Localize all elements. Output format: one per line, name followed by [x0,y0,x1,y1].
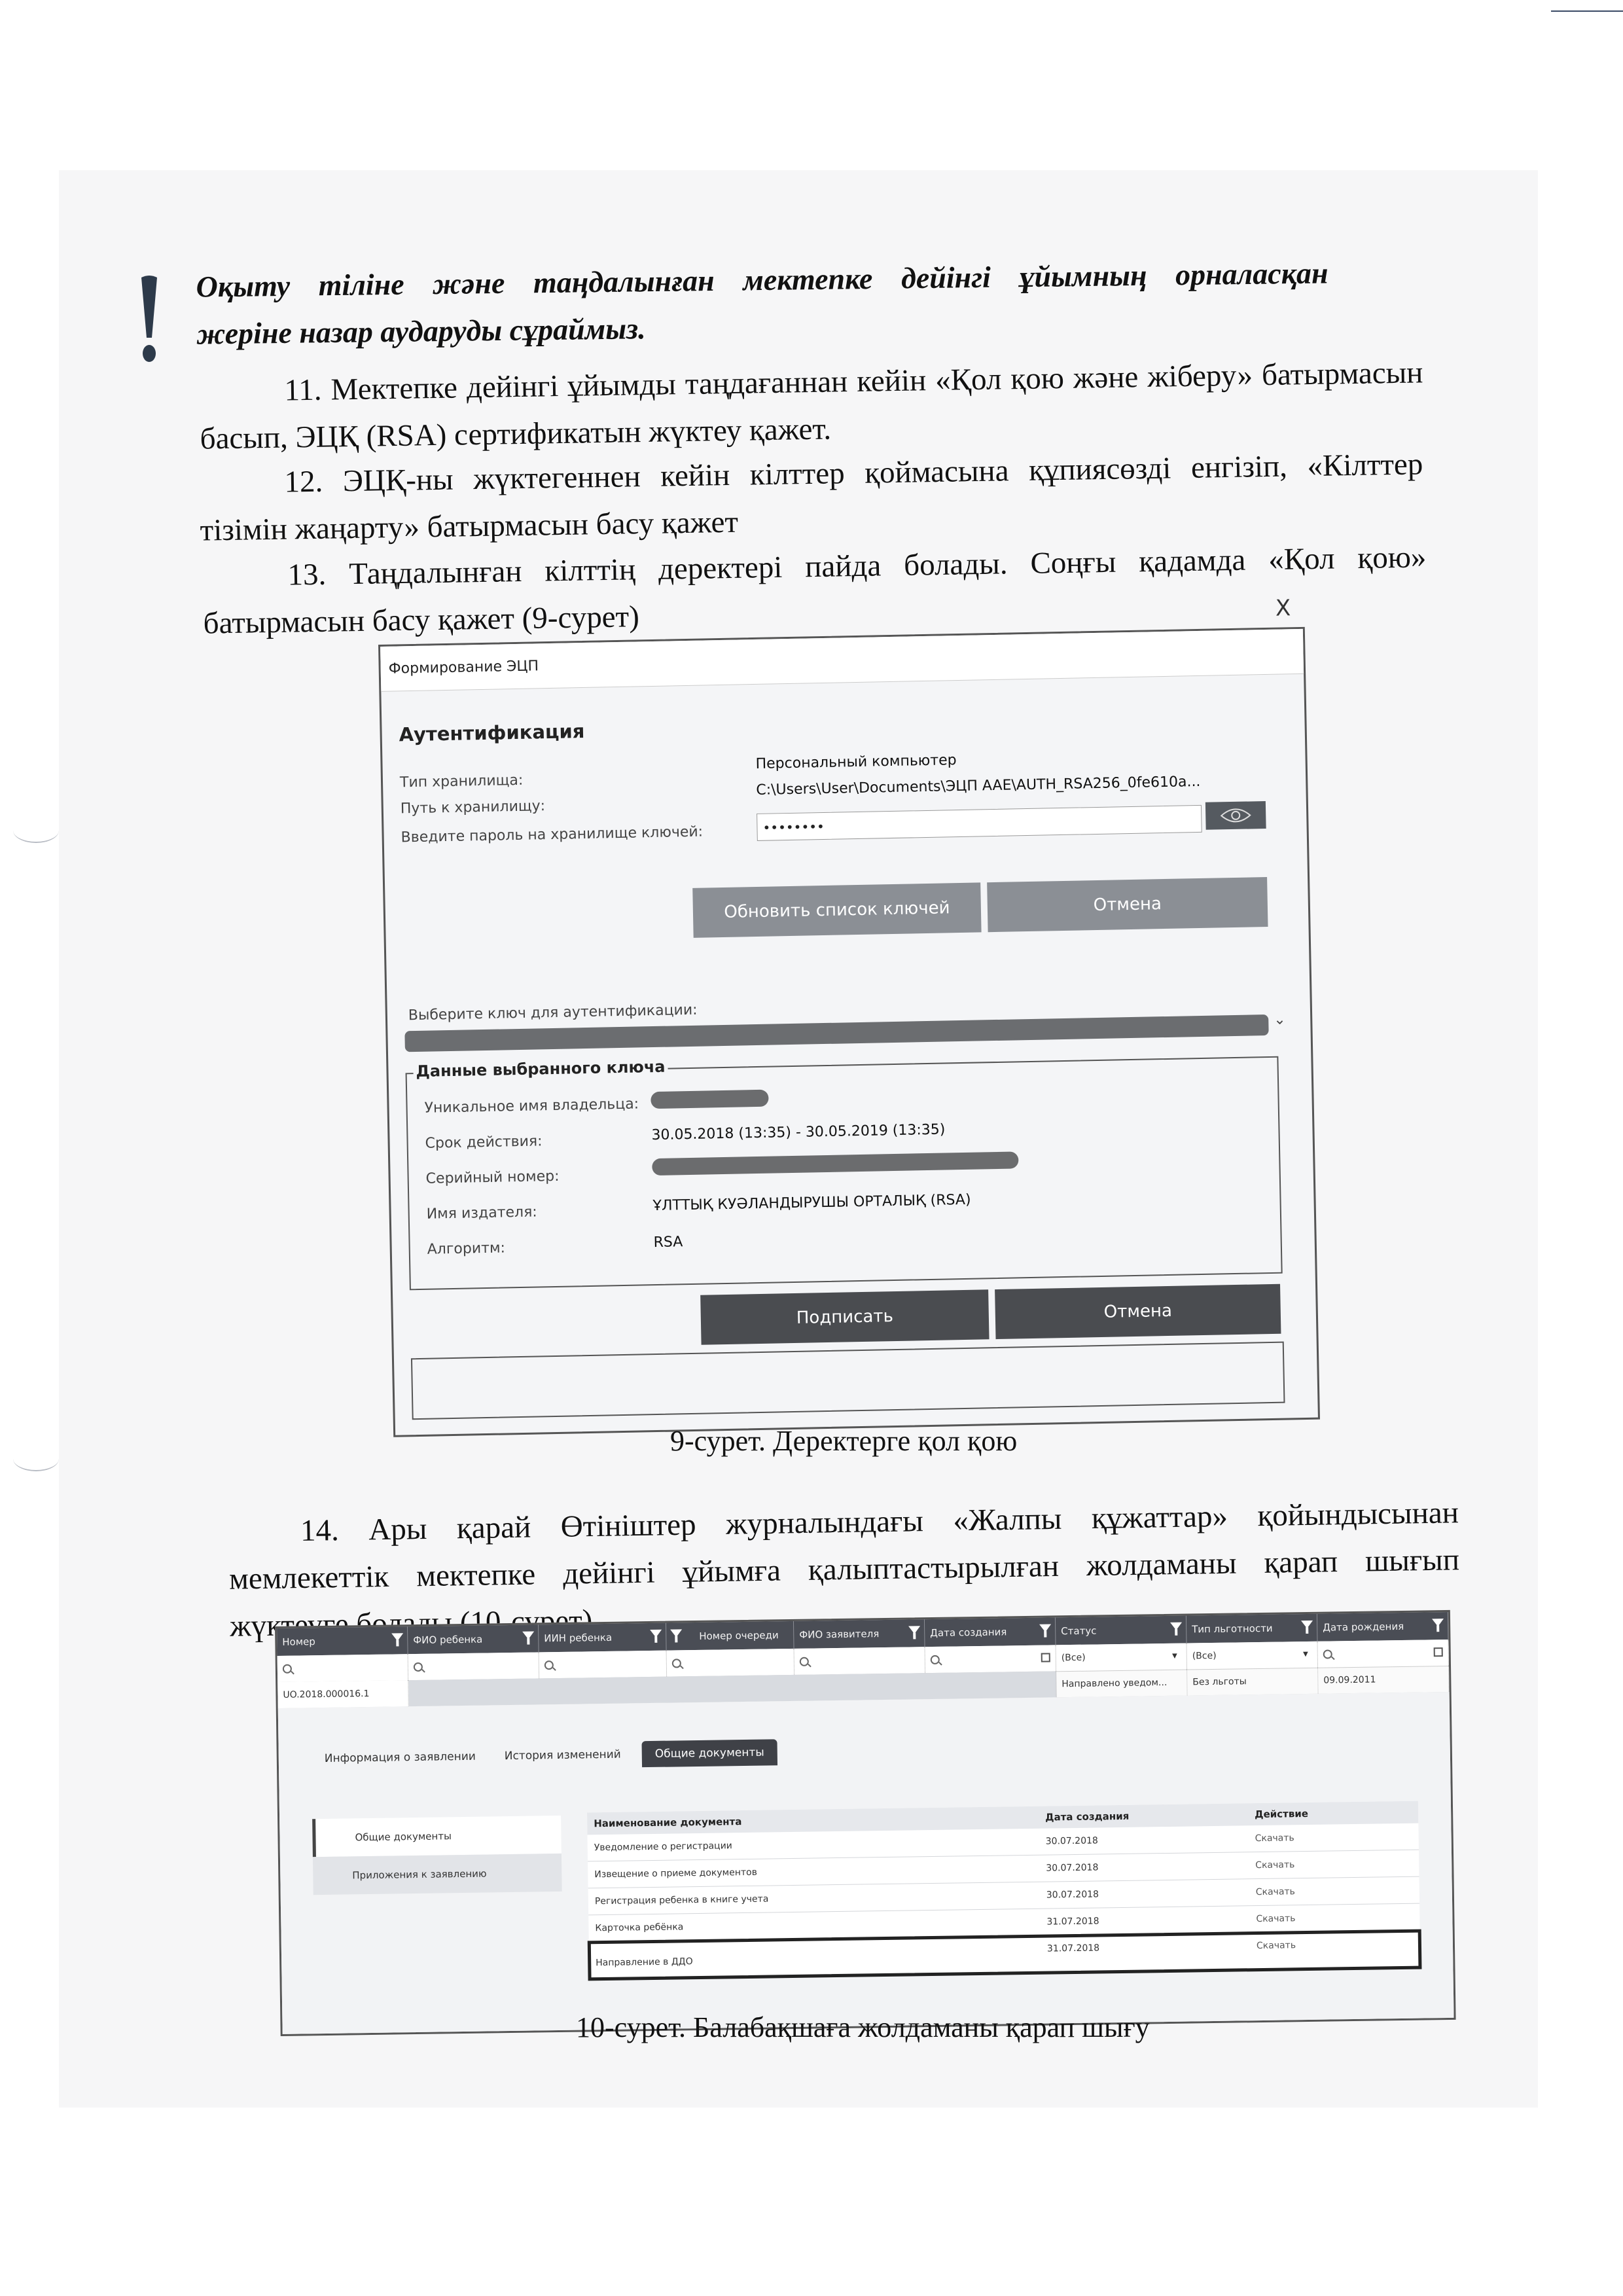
sign-button[interactable]: Подписать [700,1289,989,1344]
serial-label: Серийный номер: [425,1168,559,1187]
cell-number: UO.2018.000016.1 [277,1680,409,1708]
punch-hole [13,818,59,843]
algorithm-value: RSA [653,1234,683,1251]
filter-icon[interactable] [670,1629,682,1637]
column-label: ФИО заявителя [799,1628,879,1641]
download-link[interactable]: Скачать [1255,1850,1419,1878]
status-filter-value: (Все) [1061,1653,1086,1664]
application-detail: Информация о заявлении История изменений… [278,1692,1454,2034]
column-number[interactable]: Номер [277,1626,408,1656]
column-child-iin[interactable]: ИИН ребенка [539,1623,667,1653]
storage-type-label: Тип хранилища: [400,772,524,791]
storage-path-value: C:\Users\User\Documents\ЭЦП AAE\AUTH_RSA… [756,774,1201,798]
column-label: ФИО ребенка [413,1634,482,1646]
issuer-value: ҰЛТТЫҚ КУӘЛАНДЫРУШЫ ОРТАЛЫҚ (RSA) [652,1192,971,1214]
column-label: Номер [282,1636,315,1648]
filter-icon[interactable] [650,1630,662,1638]
tab-application-info[interactable]: Информация о заявлении [325,1750,476,1765]
side-item-attachments[interactable]: Приложения к заявлению [313,1854,562,1895]
download-link[interactable]: Скачать [1257,1931,1421,1969]
filter-created-date[interactable] [925,1645,1057,1673]
filter-benefit-type[interactable]: (Все)▼ [1186,1641,1318,1670]
filter-number[interactable] [277,1654,409,1682]
calendar-icon[interactable] [1041,1653,1050,1662]
cell-status: Направлено уведом... [1056,1670,1188,1698]
column-applicant-name[interactable]: ФИО заявителя [794,1619,925,1649]
document-date: 31.07.2018 [1047,1933,1257,1972]
filter-icon[interactable] [1432,1619,1444,1626]
column-benefit-type[interactable]: Тип льготности [1186,1614,1318,1643]
exclamation-icon [136,275,162,364]
show-password-button[interactable] [1205,801,1266,830]
filter-icon[interactable] [522,1631,534,1639]
header-created-date: Дата создания [1045,1803,1255,1828]
eye-icon [1220,806,1251,824]
column-label: Дата создания [930,1626,1007,1639]
column-label: ИИН ребенка [544,1632,612,1644]
validity-label: Срок действия: [425,1133,542,1151]
document-name: Направление в ДДО [589,1936,1048,1979]
chevron-down-icon[interactable]: ⌄ [1274,1011,1286,1028]
filter-child-iin[interactable] [539,1651,668,1679]
owner-label: Уникальное имя владельца: [424,1096,639,1116]
column-created-date[interactable]: Дата создания [925,1617,1056,1647]
storage-path-label: Путь к хранилищу: [401,798,546,817]
warning-note: Оқыту тіліне және таңдалынған мектепке д… [196,249,1329,357]
document-date: 30.07.2018 [1045,1825,1255,1854]
filter-status[interactable]: (Все)▼ [1056,1643,1188,1672]
filter-applicant-name[interactable] [794,1647,926,1675]
benefit-filter-value: (Все) [1192,1651,1217,1662]
validity-value: 30.05.2018 (13:35) - 30.05.2019 (13:35) [651,1122,945,1144]
status-log-box [411,1342,1285,1420]
search-icon [283,1664,292,1674]
applications-journal: Номер ФИО ребенка ИИН ребенка Номер очер… [275,1610,1456,2036]
issuer-label: Имя издателя: [426,1204,537,1223]
cancel-bottom-button[interactable]: Отмена [995,1284,1281,1339]
figure-10-caption: 10-сурет. Балабақшаға жолдаманы қарап шы… [576,2011,1150,2044]
sign-dialog: X Формирование ЭЦП Аутентификация Персон… [378,627,1320,1437]
column-birth-date[interactable]: Дата рождения [1317,1612,1449,1641]
select-key-label: Выберите ключ для аутентификации: [408,1002,698,1024]
column-label: Номер очереди [699,1629,779,1642]
search-icon [800,1657,809,1666]
header-action: Действие [1255,1801,1418,1825]
password-input[interactable]: •••••••• [757,805,1202,841]
filter-icon[interactable] [1170,1623,1182,1630]
filter-icon[interactable] [1039,1624,1051,1632]
scan-edge-line [1551,10,1623,12]
download-link[interactable]: Скачать [1255,1823,1419,1852]
dropdown-arrow-icon[interactable]: ▼ [1303,1641,1308,1668]
search-icon [1323,1649,1332,1659]
serial-redacted [652,1151,1018,1175]
side-menu: Общие документы Приложения к заявлению [312,1816,562,1895]
search-icon [931,1655,940,1664]
dialog-title: Формирование ЭЦП [388,658,539,677]
download-link[interactable]: Скачать [1256,1904,1420,1932]
tab-change-history[interactable]: История изменений [505,1748,621,1763]
column-label: Тип льготности [1192,1623,1273,1636]
document-date: 31.07.2018 [1046,1906,1257,1935]
owner-redacted [651,1090,768,1109]
tab-general-documents[interactable]: Общие документы [642,1739,778,1767]
punch-hole [13,1446,59,1471]
filter-queue-number[interactable] [667,1649,795,1677]
column-queue-number[interactable]: Номер очереди [666,1621,794,1651]
cell-benefit-type: Без льготы [1187,1668,1319,1696]
dialog-heading: Аутентификация [399,720,584,745]
refresh-keys-button[interactable]: Обновить список ключей [692,882,981,937]
document-date: 30.07.2018 [1046,1879,1257,1908]
column-child-name[interactable]: ФИО ребенка [408,1624,539,1654]
password-label: Введите пароль на хранилище ключей: [401,824,703,846]
document-date: 30.07.2018 [1046,1852,1256,1881]
search-icon [414,1662,423,1672]
download-link[interactable]: Скачать [1256,1877,1420,1905]
calendar-icon[interactable] [1434,1647,1443,1657]
cancel-top-button[interactable]: Отмена [987,877,1268,932]
filter-icon[interactable] [391,1633,403,1641]
algorithm-label: Алгоритм: [427,1240,506,1257]
group-title: Данные выбранного ключа [413,1058,668,1081]
filter-icon[interactable] [908,1626,920,1634]
column-label: Статус [1061,1624,1097,1637]
search-icon [544,1660,554,1670]
search-icon [672,1659,681,1668]
figure-9-caption: 9-сурет. Деректерге қол қою [670,1424,1017,1458]
column-status[interactable]: Статус [1056,1616,1187,1645]
documents-table: Наименование документа Дата создания Дей… [587,1801,1420,1980]
selected-key-group: Данные выбранного ключа Уникальное имя в… [406,1056,1283,1291]
side-item-general-documents[interactable]: Общие документы [312,1816,562,1857]
dropdown-arrow-icon[interactable]: ▼ [1172,1643,1177,1670]
filter-child-name[interactable] [408,1652,540,1680]
filter-icon[interactable] [1301,1621,1313,1628]
column-label: Дата рождения [1323,1621,1404,1634]
storage-type-value: Персональный компьютер [755,752,957,772]
cell-birth-date: 09.09.2011 [1318,1666,1450,1694]
filter-birth-date[interactable] [1317,1640,1449,1668]
close-icon[interactable]: X [1275,595,1291,621]
